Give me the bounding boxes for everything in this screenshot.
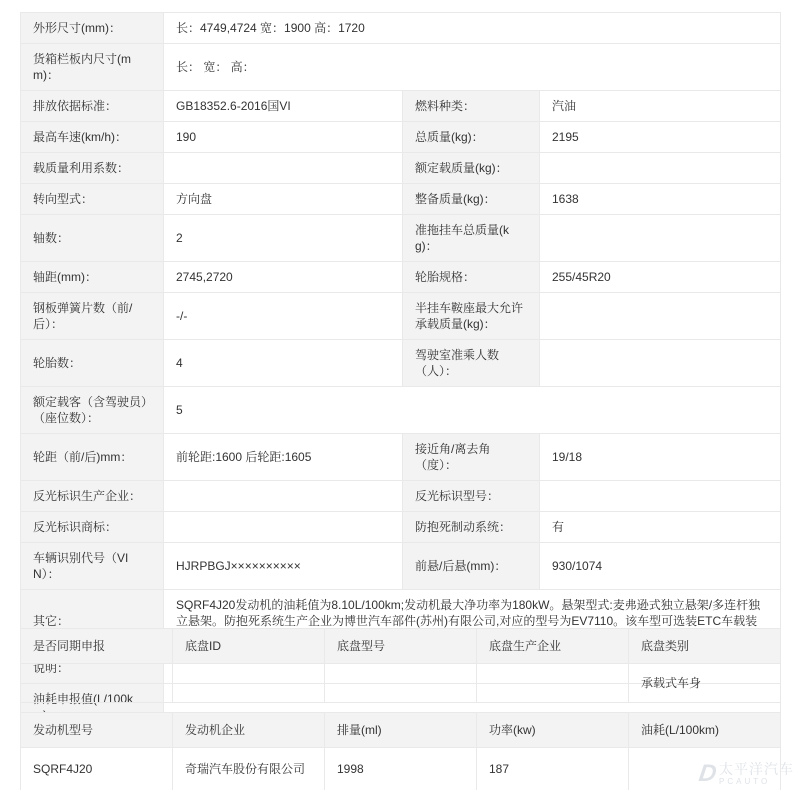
spec-label-cell: 货箱栏板内尺寸(mm)： <box>21 44 164 91</box>
spec-row: 反光标识商标：防抱死制动系统：有 <box>21 512 781 543</box>
spec-label-cell: 反光标识型号： <box>403 481 540 512</box>
spec-label-cell: 轴数： <box>21 215 164 262</box>
pcauto-logo-icon: D <box>697 762 718 786</box>
spec-row: 外形尺寸(mm)：长：4749,4724 宽：1900 高：1720 <box>21 13 781 44</box>
spec-value-cell <box>540 215 781 262</box>
spec-label-cell: 外形尺寸(mm)： <box>21 13 164 44</box>
spec-label-cell: 总质量(kg)： <box>403 122 540 153</box>
spec-table-body: 外形尺寸(mm)：长：4749,4724 宽：1900 高：1720货箱栏板内尺… <box>21 13 781 731</box>
spec-row: 轴数：2准拖挂车总质量(kg)： <box>21 215 781 262</box>
spec-value-cell: 4 <box>164 340 403 387</box>
column-header-cell: 发动机企业 <box>173 713 325 748</box>
spec-row: 最高车速(km/h)：190总质量(kg)：2195 <box>21 122 781 153</box>
spec-label-cell: 反光标识商标： <box>21 512 164 543</box>
spec-label-cell: 额定载客（含驾驶员）（座位数）： <box>21 387 164 434</box>
spec-label-cell: 轴距(mm)： <box>21 262 164 293</box>
data-cell: 奇瑞汽车股份有限公司 <box>173 748 325 790</box>
chassis-table-head: 是否同期申报底盘ID底盘型号底盘生产企业底盘类别 <box>21 629 781 664</box>
spec-value-cell <box>540 481 781 512</box>
data-row: SQRF4J20奇瑞汽车股份有限公司1998187 <box>21 748 781 790</box>
spec-row: 货箱栏板内尺寸(mm)：长： 宽： 高： <box>21 44 781 91</box>
spec-value-cell: 长： 宽： 高： <box>164 44 781 91</box>
spec-value-cell <box>164 153 403 184</box>
vehicle-spec-table: 外形尺寸(mm)：长：4749,4724 宽：1900 高：1720货箱栏板内尺… <box>20 12 781 731</box>
spec-label-cell: 驾驶室准乘人数（人）： <box>403 340 540 387</box>
column-header-cell: 是否同期申报 <box>21 629 173 664</box>
header-row: 是否同期申报底盘ID底盘型号底盘生产企业底盘类别 <box>21 629 781 664</box>
spec-value-cell: -/- <box>164 293 403 340</box>
spec-label-cell: 准拖挂车总质量(kg)： <box>403 215 540 262</box>
column-header-cell: 功率(kw) <box>477 713 629 748</box>
spec-label-cell: 转向型式： <box>21 184 164 215</box>
data-cell <box>21 664 173 703</box>
spec-value-cell <box>540 153 781 184</box>
chassis-table-body: 承载式车身 <box>21 664 781 703</box>
engine-table-body: SQRF4J20奇瑞汽车股份有限公司1998187 <box>21 748 781 790</box>
column-header-cell: 底盘生产企业 <box>477 629 629 664</box>
watermark-subtitle: PCAUTO <box>719 777 794 786</box>
spec-label-cell: 半挂车鞍座最大允许承载质量(kg)： <box>403 293 540 340</box>
spec-value-cell: 前轮距:1600 后轮距:1605 <box>164 434 403 481</box>
data-cell <box>477 664 629 703</box>
spec-value-cell: 2745,2720 <box>164 262 403 293</box>
spec-label-cell: 整备质量(kg)： <box>403 184 540 215</box>
column-header-cell: 排量(ml) <box>325 713 477 748</box>
spec-value-cell: 1638 <box>540 184 781 215</box>
data-cell <box>173 664 325 703</box>
spec-value-cell <box>540 340 781 387</box>
spec-label-cell: 车辆识别代号（VIN）： <box>21 543 164 590</box>
spec-label-cell: 燃料种类： <box>403 91 540 122</box>
spec-label-cell: 轮胎规格： <box>403 262 540 293</box>
column-header-cell: 底盘ID <box>173 629 325 664</box>
spec-label-cell: 防抱死制动系统： <box>403 512 540 543</box>
spec-row: 载质量利用系数：额定载质量(kg)： <box>21 153 781 184</box>
watermark-title: 太平洋汽车 <box>719 762 794 777</box>
spec-row: 排放依据标准：GB18352.6-2016国VI燃料种类：汽油 <box>21 91 781 122</box>
column-header-cell: 底盘类别 <box>629 629 781 664</box>
data-cell <box>325 664 477 703</box>
data-cell: 187 <box>477 748 629 790</box>
spec-row: 反光标识生产企业：反光标识型号： <box>21 481 781 512</box>
spec-value-cell <box>540 293 781 340</box>
spec-label-cell: 轮距（前/后)mm： <box>21 434 164 481</box>
spec-value-cell <box>164 481 403 512</box>
spec-value-cell: 2 <box>164 215 403 262</box>
spec-row: 车辆识别代号（VIN）：HJRPBGJ××××××××××前悬/后悬(mm)：9… <box>21 543 781 590</box>
spec-label-cell: 排放依据标准： <box>21 91 164 122</box>
spec-label-cell: 轮胎数： <box>21 340 164 387</box>
data-cell: 承载式车身 <box>629 664 781 703</box>
data-cell: 1998 <box>325 748 477 790</box>
spec-value-cell: 255/45R20 <box>540 262 781 293</box>
spec-value-cell <box>164 512 403 543</box>
spec-value-cell: 19/18 <box>540 434 781 481</box>
spec-row: 轴距(mm)：2745,2720轮胎规格：255/45R20 <box>21 262 781 293</box>
spec-value-cell: 有 <box>540 512 781 543</box>
column-header-cell: 发动机型号 <box>21 713 173 748</box>
data-row: 承载式车身 <box>21 664 781 703</box>
spec-label-cell: 反光标识生产企业： <box>21 481 164 512</box>
spec-value-cell: 5 <box>164 387 781 434</box>
spec-value-cell: 190 <box>164 122 403 153</box>
spec-row: 钢板弹簧片数（前/后）：-/-半挂车鞍座最大允许承载质量(kg)： <box>21 293 781 340</box>
spec-label-cell: 接近角/离去角（度）： <box>403 434 540 481</box>
engine-info-table: 发动机型号发动机企业排量(ml)功率(kw)油耗(L/100km) SQRF4J… <box>20 712 781 790</box>
spec-label-cell: 最高车速(km/h)： <box>21 122 164 153</box>
data-cell: SQRF4J20 <box>21 748 173 790</box>
pcauto-watermark: D 太平洋汽车 PCAUTO <box>699 762 794 786</box>
spec-value-cell: GB18352.6-2016国VI <box>164 91 403 122</box>
engine-table-head: 发动机型号发动机企业排量(ml)功率(kw)油耗(L/100km) <box>21 713 781 748</box>
spec-label-cell: 载质量利用系数： <box>21 153 164 184</box>
spec-row: 轮胎数：4驾驶室准乘人数（人）： <box>21 340 781 387</box>
column-header-cell: 底盘型号 <box>325 629 477 664</box>
spec-value-cell: 汽油 <box>540 91 781 122</box>
column-header-cell: 油耗(L/100km) <box>629 713 781 748</box>
spec-value-cell: 长：4749,4724 宽：1900 高：1720 <box>164 13 781 44</box>
spec-row: 转向型式：方向盘整备质量(kg)：1638 <box>21 184 781 215</box>
spec-label-cell: 前悬/后悬(mm)： <box>403 543 540 590</box>
chassis-info-table: 是否同期申报底盘ID底盘型号底盘生产企业底盘类别 承载式车身 <box>20 628 781 703</box>
spec-label-cell: 钢板弹簧片数（前/后）： <box>21 293 164 340</box>
spec-value-cell: 930/1074 <box>540 543 781 590</box>
spec-row: 轮距（前/后)mm：前轮距:1600 后轮距:1605接近角/离去角（度）：19… <box>21 434 781 481</box>
spec-label-cell: 额定载质量(kg)： <box>403 153 540 184</box>
spec-value-cell: HJRPBGJ×××××××××× <box>164 543 403 590</box>
header-row: 发动机型号发动机企业排量(ml)功率(kw)油耗(L/100km) <box>21 713 781 748</box>
spec-value-cell: 方向盘 <box>164 184 403 215</box>
spec-value-cell: 2195 <box>540 122 781 153</box>
spec-row: 额定载客（含驾驶员）（座位数）：5 <box>21 387 781 434</box>
